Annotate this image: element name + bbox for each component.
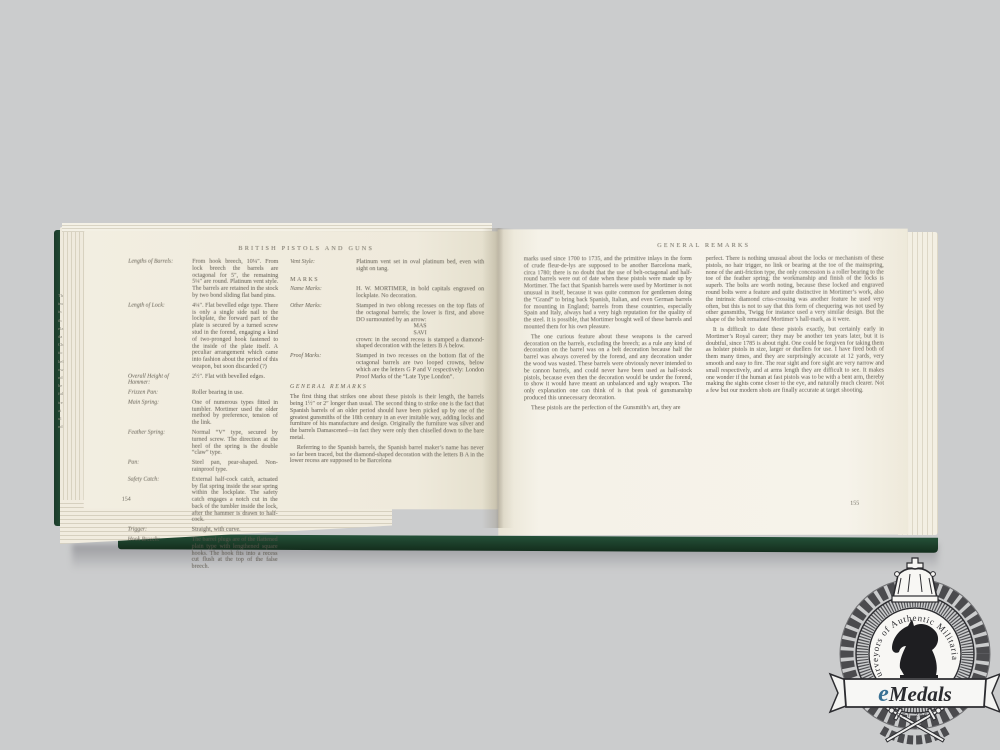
- right-page-content: GENERAL REMARKS marks used since 1700 to…: [524, 242, 884, 415]
- brand-rest: Medals: [888, 682, 952, 706]
- spec-row: Vent Style:Platinum vent set in oval pla…: [290, 259, 484, 273]
- crown-icon: [892, 558, 938, 602]
- spec-label: Other Marks:: [290, 303, 350, 350]
- left-page-content: BRITISH PISTOLS AND GUNS Lengths of Barr…: [128, 245, 485, 575]
- spec-label: Safety Catch:: [128, 476, 186, 524]
- spec-row: Overall Height of Hammer:2½″. Flat with …: [128, 373, 278, 387]
- spec-label: Main Spring:: [128, 399, 186, 426]
- spec-value: External half-cock catch, actuated by fl…: [192, 476, 278, 524]
- underlying-page-text-fragments: Th im in th ela da Ch tic kel ow nd be f…: [58, 292, 70, 507]
- spec-value: Stamped in two recesses on the bottom fl…: [356, 353, 484, 380]
- spec-row: Other Marks: Stamped in two oblong reces…: [290, 303, 484, 351]
- marks-section-header: MARKS: [290, 277, 484, 284]
- general-remarks-section-header: GENERAL REMARKS: [290, 384, 484, 391]
- left-page-number: 154: [122, 497, 131, 503]
- spec-row: Lengths of Barrels:From hook breech, 10¼…: [128, 259, 278, 300]
- paragraph: Referring to the Spanish barrels, the Sp…: [290, 445, 484, 466]
- paragraph: The one curious feature about these weap…: [524, 334, 692, 402]
- right-page-column-2: perfect. There is nothing unusual about …: [706, 256, 884, 415]
- spec-row: Pan:Steel pan, pear-shaped. Non-rainproo…: [128, 460, 278, 474]
- right-page: GENERAL REMARKS marks used since 1700 to…: [498, 229, 909, 536]
- brand-letter-e: e: [878, 681, 889, 707]
- spec-label: Lengths of Barrels:: [128, 259, 186, 300]
- spec-label: Pan:: [128, 460, 186, 474]
- spec-row: Hook Breech:The barrel plugs are of the …: [128, 537, 278, 571]
- left-page-marks-column: Vent Style:Platinum vent set in oval pla…: [290, 259, 485, 574]
- left-running-header: BRITISH PISTOLS AND GUNS: [128, 245, 484, 253]
- spec-row: Name Marks:H. W. MORTIMER, in bold capit…: [290, 286, 484, 300]
- spec-label: Name Marks:: [290, 286, 350, 300]
- spec-label: Proof Marks:: [290, 353, 350, 380]
- spec-row: Safety Catch:External half-cock catch, a…: [128, 476, 278, 524]
- spec-label: Frizzen Pan:: [128, 390, 186, 397]
- emedals-watermark: Purveyors of Authentic Militaria: [826, 554, 1000, 750]
- paragraph: perfect. There is nothing unusual about …: [706, 256, 884, 324]
- spec-row: Main Spring:One of numerous types fitted…: [128, 399, 278, 427]
- spec-label: Vent Style:: [290, 259, 350, 273]
- paragraph: marks used since 1700 to 1735, and the p…: [524, 256, 692, 331]
- paragraph: The first thing that strikes one about t…: [290, 394, 484, 442]
- other-marks-text: crown: in the second recess is stamped a…: [356, 337, 484, 350]
- spec-label: Hook Breech:: [128, 537, 186, 571]
- spec-row: Trigger:Straight, with curve.: [128, 527, 278, 534]
- brand-text: eMedals: [878, 681, 952, 707]
- spec-value: One of numerous types fitted in tumbler.…: [192, 400, 278, 427]
- spec-value: From hook breech, 10¼″. From lock breech…: [192, 259, 278, 300]
- spec-value: 4¼″. Flat bevelled edge type. There is o…: [192, 303, 278, 371]
- brand-ribbon: eMedals EST 2001: [830, 674, 1000, 719]
- spec-value: Steel pan, pear-shaped. Non-rainproof ty…: [192, 460, 278, 474]
- spec-label: Overall Height of Hammer:: [128, 373, 186, 386]
- paragraph: These pistols are the perfection of the …: [524, 405, 692, 412]
- spec-value: H. W. MORTIMER, in bold capitals engrave…: [356, 287, 484, 301]
- spec-label: Length of Lock:: [128, 302, 186, 370]
- spec-row: Feather Spring:Normal “V” type, secured …: [128, 430, 278, 458]
- spec-value: The barrel plugs are of the flattened pl…: [192, 537, 278, 571]
- left-page: BRITISH PISTOLS AND GUNS Lengths of Barr…: [84, 231, 499, 510]
- spec-row: Proof Marks:Stamped in two recesses on t…: [290, 353, 484, 381]
- spec-value: 2½″. Flat with bevelled edges.: [192, 374, 278, 387]
- left-page-spec-column: Lengths of Barrels:From hook breech, 10¼…: [128, 259, 279, 574]
- photo-scene: Th im in th ela da Ch tic kel ow nd be f…: [0, 0, 1000, 750]
- spec-row: Frizzen Pan:Roller bearing in use.: [128, 390, 278, 397]
- established-text: EST 2001: [897, 713, 933, 719]
- spec-value: Normal “V” type, secured by turned screw…: [192, 430, 278, 457]
- spec-label: Feather Spring:: [128, 430, 186, 457]
- spec-label: Trigger:: [128, 527, 186, 534]
- emedals-badge: Purveyors of Authentic Militaria: [826, 554, 1000, 750]
- spec-value: Roller bearing in use.: [192, 390, 278, 397]
- right-page-column-1: marks used since 1700 to 1735, and the p…: [524, 256, 692, 415]
- spec-value: Platinum vent set in oval platinum bed, …: [356, 259, 484, 273]
- paragraph: It is difficult to date these pistols ex…: [706, 327, 884, 395]
- right-page-number: 155: [850, 501, 859, 507]
- spec-value: Stamped in two oblong recesses on the to…: [356, 303, 484, 350]
- other-marks-text: Stamped in two oblong recesses on the to…: [356, 303, 484, 323]
- right-running-header: GENERAL REMARKS: [524, 242, 884, 250]
- spec-value: Straight, with curve.: [192, 527, 278, 534]
- spec-row: Length of Lock:4¼″. Flat bevelled edge t…: [128, 302, 278, 370]
